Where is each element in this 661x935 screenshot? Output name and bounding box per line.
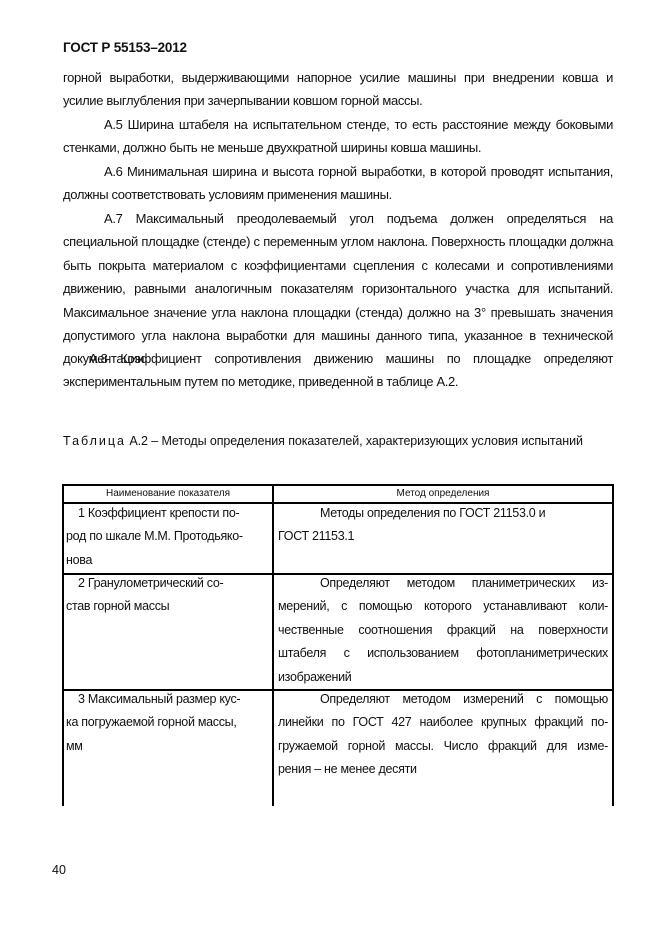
cell-line: чественные соотношения фракций на поверх… (278, 619, 608, 642)
paragraph-a5: А.5 Ширина штабеля на испытательном стен… (63, 113, 613, 160)
cell-line: линейки по ГОСТ 427 наиболее крупных фра… (278, 711, 608, 734)
cell-line: ГОСТ 21153.1 (278, 525, 608, 548)
table-row-3-method: Определяют методом измерений с помощью л… (278, 688, 608, 782)
document-header: ГОСТ Р 55153–2012 (63, 40, 187, 55)
cell-line: штабеля с использованием фотопланиметрич… (278, 642, 608, 665)
cell-line: став горной массы (66, 595, 269, 618)
cell-line: мм (66, 735, 269, 758)
paragraph-a6: А.6 Минимальная ширина и высота горной в… (63, 160, 613, 207)
cell-line: рения – не менее десяти (278, 758, 608, 781)
table-column-divider (272, 484, 274, 806)
table-row-2-name: 2 Гранулометрический со- став горной мас… (66, 572, 269, 619)
cell-line: нова (66, 549, 269, 572)
cell-line: Методы определения по ГОСТ 21153.0 и (278, 502, 608, 525)
table-header-method: Метод определения (274, 487, 612, 501)
page-number: 40 (52, 863, 66, 877)
table-header-name: Наименование показателя (64, 487, 272, 501)
table-border-left (62, 484, 64, 806)
cell-line: Определяют методом планиметрических из- (278, 572, 608, 595)
table-border-top (62, 484, 614, 486)
text-line: горной выработки, выдерживающими напорно… (63, 66, 613, 89)
table-row-1-name: 1 Коэффициент крепости по- род по шкале … (66, 502, 269, 572)
table-row-3-name: 3 Максимальный размер кус- ка погружаемо… (66, 688, 269, 758)
table-caption: Таблица А.2 – Методы определения показат… (63, 430, 623, 452)
table-caption-title: А.2 – Методы определения показателей, ха… (126, 434, 583, 448)
paragraph-continuation: горной выработки, выдерживающими напорно… (63, 66, 613, 113)
cell-line: Определяют методом измерений с помощью (278, 688, 608, 711)
cell-line: 1 Коэффициент крепости по- (66, 502, 269, 525)
cell-line: 2 Гранулометрический со- (66, 572, 269, 595)
cell-line: 3 Максимальный размер кус- (66, 688, 269, 711)
cell-line: мерений, с помощью которого устанавливаю… (278, 595, 608, 618)
cell-line: изображений (278, 666, 608, 689)
table-caption-label: Таблица (63, 434, 126, 448)
table-row-2-method: Определяют методом планиметрических из- … (278, 572, 608, 689)
cell-line: род по шкале М.М. Протодьяко- (66, 525, 269, 548)
table-row-1-method: Методы определения по ГОСТ 21153.0 и ГОС… (278, 502, 608, 549)
table-border-right (612, 484, 614, 806)
text-line: усилие выглубления при зачерпывании ковш… (63, 89, 613, 112)
cell-line: гружаемой горной массы. Число фракций дл… (278, 735, 608, 758)
cell-line: ка погружаемой горной массы, (66, 711, 269, 734)
paragraph-a8: А.8 Коэффициент сопротивления движению м… (63, 347, 613, 394)
